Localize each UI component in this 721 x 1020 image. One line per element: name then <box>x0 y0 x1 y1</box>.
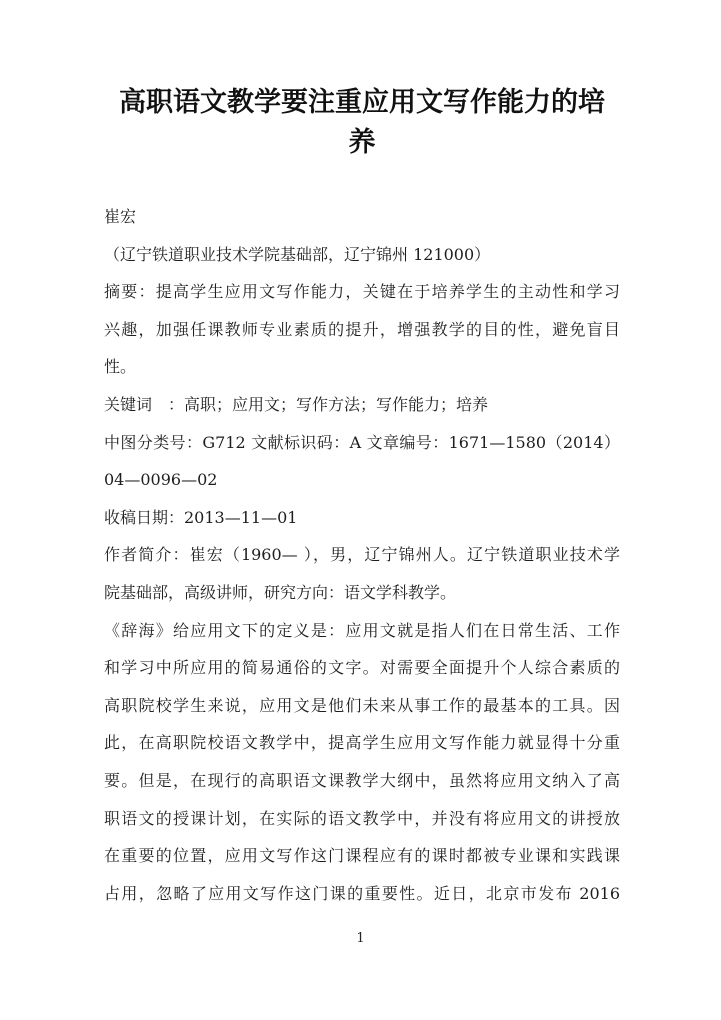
text-line: 在重要的位置，应用文写作这门课程应有的课时都被专业课和实践课 <box>104 837 620 875</box>
text-line: 收稿日期：2013—11—01 <box>104 499 620 537</box>
document-page: 高职语文教学要注重应用文写作能力的培 养 崔宏（辽宁铁道职业技术学院基础部，辽宁… <box>0 0 721 1020</box>
body-text: 崔宏（辽宁铁道职业技术学院基础部，辽宁锦州 121000）摘要：提高学生应用文写… <box>104 198 620 912</box>
text-line: 《辞海》给应用文下的定义是：应用文就是指人们在日常生活、工作 <box>104 612 620 650</box>
text-line: 职语文的授课计划，在实际的语文教学中，并没有将应用文的讲授放 <box>104 800 620 838</box>
text-line: 中图分类号：G712 文献标识码：A 文章编号：1671—1580（2014） <box>104 424 620 462</box>
title-line: 养 <box>104 123 620 163</box>
page-number: 1 <box>0 931 721 946</box>
text-line: 崔宏 <box>104 198 620 236</box>
text-line: 要。但是，在现行的高职语文课教学大纲中，虽然将应用文纳入了高 <box>104 762 620 800</box>
text-line: 摘要：提高学生应用文写作能力，关键在于培养学生的主动性和学习 <box>104 273 620 311</box>
text-line: （辽宁铁道职业技术学院基础部，辽宁锦州 121000） <box>104 236 620 274</box>
text-line: 04—0096—02 <box>104 461 620 499</box>
text-line: 此，在高职院校语文教学中，提高学生应用文写作能力就显得十分重 <box>104 724 620 762</box>
text-line: 性。 <box>104 348 620 386</box>
text-line: 兴趣，加强任课教师专业素质的提升，增强教学的目的性，避免盲目 <box>104 311 620 349</box>
text-line: 和学习中所应用的简易通俗的文字。对需要全面提升个人综合素质的 <box>104 649 620 687</box>
document-title: 高职语文教学要注重应用文写作能力的培 养 <box>104 83 620 163</box>
text-line: 占用，忽略了应用文写作这门课的重要性。近日，北京市发布 2016 <box>104 875 620 913</box>
text-line: 关键词 ：高职；应用文；写作方法；写作能力；培养 <box>104 386 620 424</box>
text-line: 作者简介：崔宏（1960— ），男，辽宁锦州人。辽宁铁道职业技术学 <box>104 536 620 574</box>
text-line: 院基础部，高级讲师，研究方向：语文学科教学。 <box>104 574 620 612</box>
title-line: 高职语文教学要注重应用文写作能力的培 <box>104 83 620 123</box>
text-line: 高职院校学生来说，应用文是他们未来从事工作的最基本的工具。因 <box>104 687 620 725</box>
